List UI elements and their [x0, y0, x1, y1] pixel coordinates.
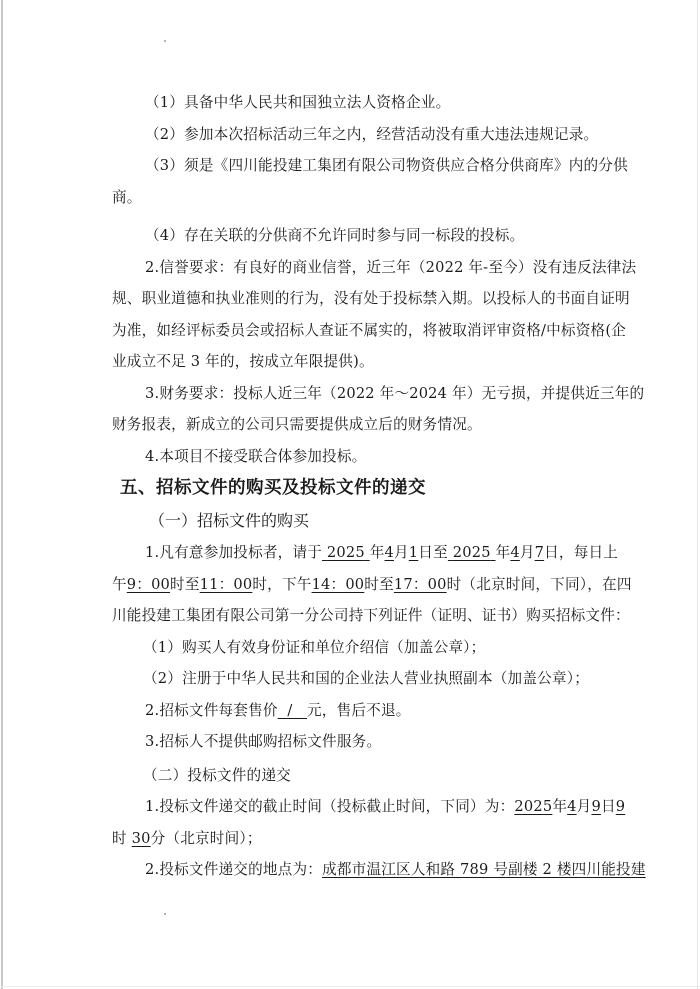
text: 日至: [418, 544, 448, 561]
credit-requirement-line-1: 2.信誉要求：有良好的商业信誉，近三年（2022 年-至今）没有违反法律法: [112, 252, 597, 284]
text: 时，下午: [252, 576, 311, 593]
credit-requirement-line-3: 为准，如经评标委员会或招标人查证不属实的，将被取消评审资格/中标资格(企: [112, 315, 597, 347]
text: 年: [552, 798, 567, 815]
text: 元，售后不退。: [307, 702, 411, 719]
purchase-period-line-3: 川能投建工集团有限公司第一分公司持下列证件（证明、证书）购买招标文件：: [112, 600, 597, 632]
text: 年: [496, 544, 511, 561]
text: 月: [577, 798, 592, 815]
start-month: 4: [385, 544, 395, 561]
price-line: 2.招标文件每套售价 / 元，售后不退。: [112, 695, 597, 727]
no-mail-note: 3.招标人不提供邮购招标文件服务。: [112, 726, 597, 758]
end-month: 4: [510, 544, 520, 561]
location-address: 成都市温江区人和路 789 号副楼 2 楼四川能投建: [322, 861, 646, 878]
required-doc-1: （1）购买人有效身份证和单位介绍信（加盖公章）；: [112, 632, 597, 664]
text: 时（北京时间，下同），在四: [447, 576, 632, 593]
document-body: （1）具备中华人民共和国独立法人资格企业。 （2）参加本次招标活动三年之内，经营…: [112, 87, 597, 886]
end-year: 2025: [448, 544, 496, 561]
text: 时至: [170, 576, 200, 593]
consortium-note: 4.本项目不接受联合体参加投标。: [112, 441, 597, 473]
text: 2.投标文件递交的地点为：: [145, 861, 322, 878]
qualification-item-1: （1）具备中华人民共和国独立法人资格企业。: [112, 87, 597, 119]
start-year: 2025: [322, 544, 370, 561]
pm-start-time: 14：00: [312, 576, 365, 593]
am-start-time: 9：00: [127, 576, 170, 593]
section-heading: 五、招标文件的购买及投标文件的递交: [112, 472, 597, 505]
deadline-month: 4: [567, 798, 577, 815]
subsection-purchase-heading: （一）招标文件的购买: [112, 505, 597, 537]
qualification-item-3: （3）须是《四川能投建工集团有限公司物资供应合格分供商库》内的分供: [112, 150, 597, 182]
text: 月: [520, 544, 535, 561]
start-day: 1: [409, 544, 419, 561]
qualification-item-2: （2）参加本次招标活动三年之内，经营活动没有重大违法违规记录。: [112, 119, 597, 151]
text: 时至: [364, 576, 394, 593]
text: 月: [394, 544, 409, 561]
text: 分（北京时间）；: [151, 830, 262, 847]
page-edge-left: [1, 0, 3, 989]
page-edge-bottom: [0, 986, 700, 987]
page-edge-right: [697, 0, 698, 989]
pm-end-time: 17：00: [394, 576, 447, 593]
location-line: 2.投标文件递交的地点为：成都市温江区人和路 789 号副楼 2 楼四川能投建: [112, 854, 597, 886]
deadline-line-2: 时 30分（北京时间）；: [112, 823, 597, 855]
price-value: /: [278, 695, 307, 727]
end-day: 7: [535, 544, 545, 561]
financial-requirement-line-2: 财务报表，新成立的公司只需要提供成立后的财务情况。: [112, 409, 597, 441]
text: 日，每日上: [544, 544, 618, 561]
qualification-item-3-cont: 商。: [112, 182, 597, 214]
text: 1.投标文件递交的截止时间（投标截止时间，下同）为：: [145, 798, 514, 815]
required-doc-2: （2）注册于中华人民共和国的企业法人营业执照副本（加盖公章）；: [112, 663, 597, 695]
scan-speck: [164, 913, 166, 915]
deadline-minute: 30: [132, 830, 151, 847]
deadline-year: 2025: [514, 798, 552, 815]
text: 2.招标文件每套售价: [145, 702, 278, 719]
deadline-day: 9: [591, 798, 601, 815]
credit-requirement-line-2: 规、职业道德和执业准则的行为，没有处于投标禁入期。以投标人的书面自证明: [112, 283, 597, 315]
deadline-hour: 9: [616, 798, 626, 815]
text: 日: [601, 798, 616, 815]
deadline-line-1: 1.投标文件递交的截止时间（投标截止时间，下同）为：2025年4月9日9: [112, 791, 597, 823]
purchase-period-line-1: 1.凡有意参加投标者，请于 2025 年4月1日至 2025 年4月7日，每日上: [112, 537, 597, 569]
credit-requirement-line-4: 业成立不足 3 年的，按成立年限提供)。: [112, 346, 597, 378]
subsection-submission-heading: （二）投标文件的递交: [112, 760, 597, 792]
scan-speck: [164, 40, 166, 42]
qualification-item-4: （4）存在关联的分供商不允许同时参与同一标段的投标。: [112, 220, 597, 252]
financial-requirement-line-1: 3.财务要求：投标人近三年（2022 年～2024 年）无亏损，并提供近三年的: [112, 378, 597, 410]
purchase-period-line-2: 午9：00时至11：00时，下午14：00时至17：00时（北京时间，下同），在…: [112, 569, 597, 601]
text: 午: [112, 576, 127, 593]
text: 年: [370, 544, 385, 561]
text: 1.凡有意参加投标者，请于: [145, 544, 322, 561]
am-end-time: 11：00: [200, 576, 253, 593]
text: 时: [112, 830, 127, 847]
